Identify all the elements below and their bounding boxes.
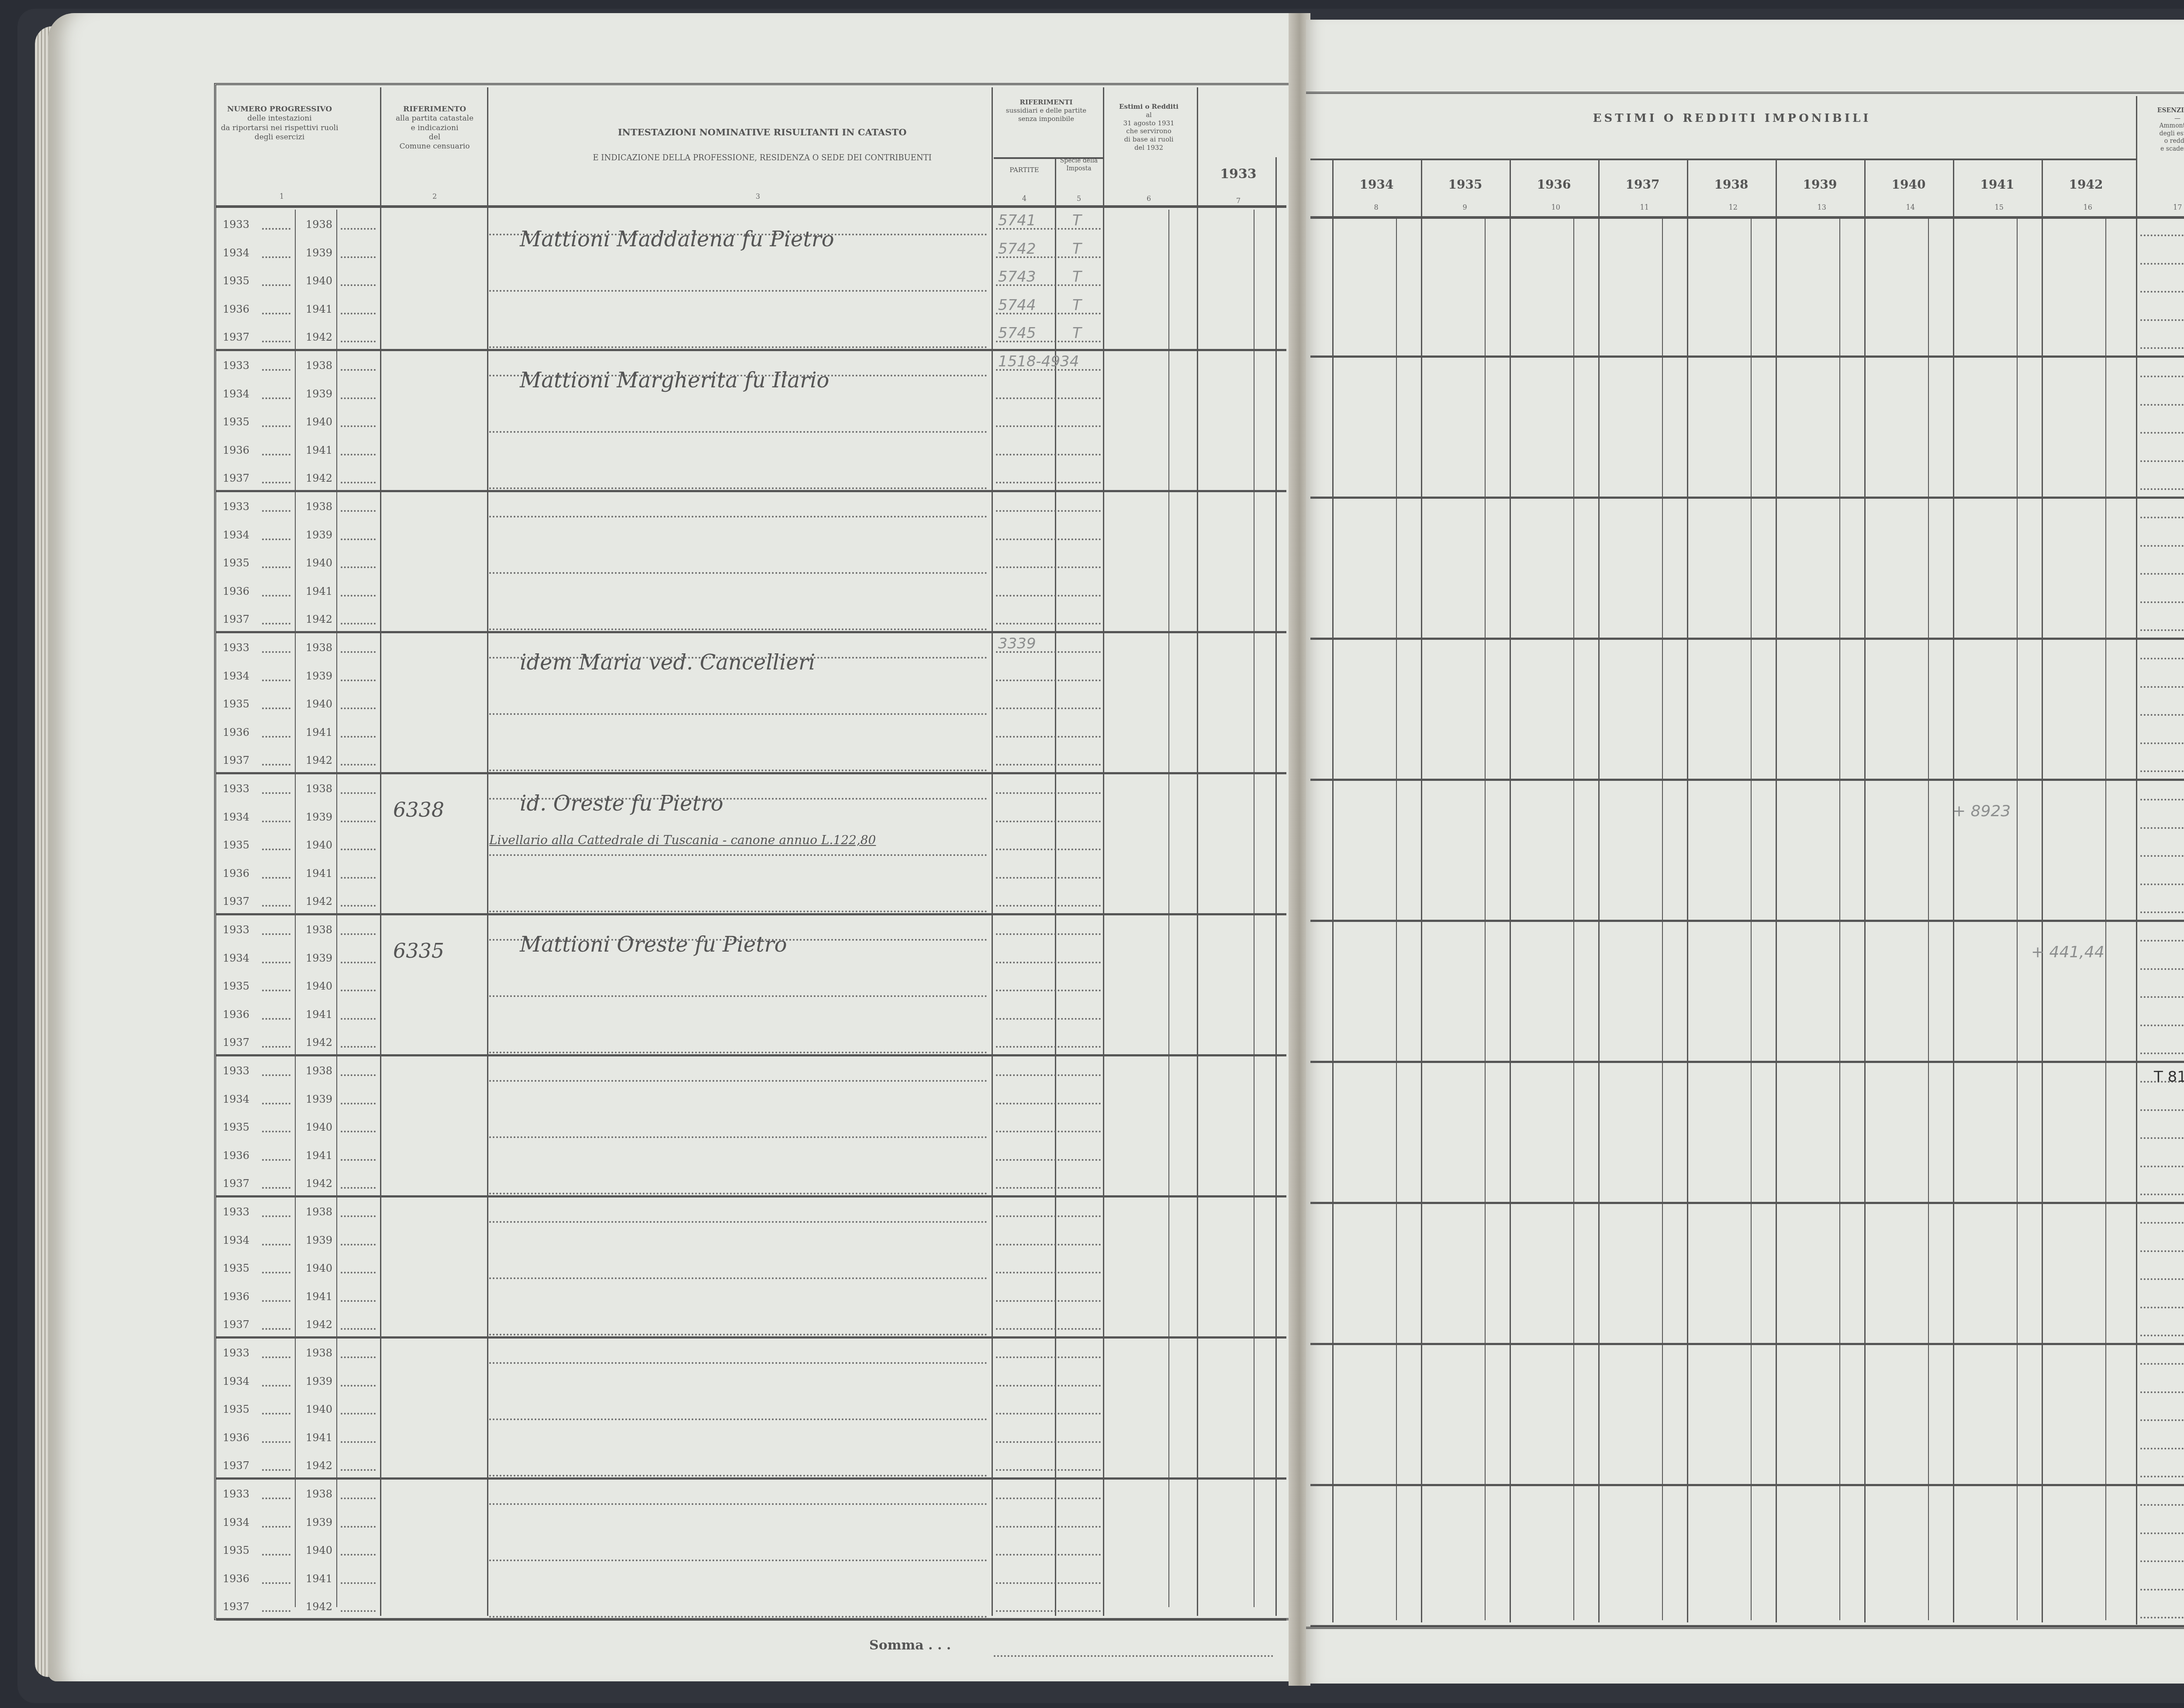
value-dots — [2140, 1476, 2184, 1477]
year-label: 1940 — [306, 1121, 332, 1133]
year-label: 1939 — [306, 388, 332, 400]
value-dots — [2140, 968, 2184, 970]
year-dots — [262, 256, 290, 258]
year-col-divider — [1776, 159, 1777, 1622]
partita-number: 5742 — [998, 240, 1036, 258]
value-dots — [2140, 1109, 2184, 1111]
year-dots — [341, 707, 376, 709]
year-col-divider — [1953, 159, 1954, 1622]
year-dots — [262, 821, 290, 822]
name-dots — [489, 713, 987, 715]
column-number-6: 6 — [1147, 194, 1151, 203]
name-dots — [489, 1052, 987, 1053]
name-dots — [489, 1136, 987, 1138]
specie-imposta: T — [1072, 212, 1082, 229]
year-label: 1935 — [223, 1121, 249, 1133]
partite-dots — [996, 482, 1101, 483]
year-col-subdivider — [1839, 218, 1840, 1620]
partite-dots — [996, 397, 1101, 399]
partite-dots — [996, 454, 1101, 455]
year-dots — [341, 1328, 376, 1330]
partita-number: 1518-4934 — [998, 353, 1079, 370]
header-col6-line: 31 agosto 1931 — [1105, 119, 1192, 128]
year-label: 1938 — [306, 642, 332, 654]
block-rule — [1310, 1625, 2184, 1627]
partite-dots — [996, 595, 1101, 597]
header-year-1933: 1933 — [1201, 166, 1275, 183]
year-dots — [341, 933, 376, 935]
col-subdivider — [336, 210, 337, 1607]
partite-dots — [996, 792, 1101, 794]
header-col45-line: senza imponibile — [994, 115, 1099, 123]
year-label: 1938 — [306, 218, 332, 231]
name-dots — [489, 346, 987, 348]
year-label: 1935 — [223, 1544, 249, 1556]
value-dots — [2140, 432, 2184, 434]
year-dots — [262, 538, 290, 540]
name-dots — [489, 1334, 987, 1335]
year-dots — [341, 736, 376, 738]
header-col6-line: del 1932 — [1105, 144, 1192, 152]
partite-dots — [996, 821, 1101, 822]
specie-imposta: T — [1072, 240, 1082, 258]
value-dots — [2140, 1250, 2184, 1252]
year-label: 1935 — [223, 1262, 249, 1274]
header-col2-line: alla partita catastale — [384, 114, 485, 123]
year-label: 1942 — [306, 1177, 332, 1190]
year-dots — [262, 595, 290, 597]
value-dots — [2140, 263, 2184, 265]
block-rule — [1310, 497, 2184, 499]
header-col45-line: sussidiari e delle partite — [994, 107, 1099, 115]
name-dots — [489, 769, 987, 771]
header-col1-line: degli esercizi — [218, 133, 341, 142]
header-col6-title: Estimi o Redditi — [1105, 103, 1192, 111]
header-year-1936: 1936 — [1510, 177, 1598, 192]
year-label: 1937 — [223, 472, 249, 484]
partite-dots — [996, 1215, 1101, 1217]
year-label: 1934 — [223, 1234, 249, 1246]
value-dots — [2140, 1617, 2184, 1618]
year-dots — [262, 1215, 290, 1217]
contributor-name: id. Oreste fu Pietro — [520, 791, 723, 816]
header-year-1939: 1939 — [1776, 177, 1864, 192]
year-label: 1936 — [223, 1149, 249, 1162]
partita-number: 3339 — [998, 635, 1036, 652]
value-dots — [2140, 235, 2184, 236]
year-dots — [341, 1385, 376, 1387]
value-dots — [2140, 1419, 2184, 1421]
year-dots — [262, 228, 290, 230]
header-col17-line: degli estimi — [2138, 130, 2184, 138]
value-dots — [2140, 1025, 2184, 1026]
year-label: 1934 — [223, 529, 249, 541]
column-number-13: 13 — [1818, 203, 1826, 211]
block-rule — [216, 631, 1286, 633]
name-dots — [489, 628, 987, 630]
year-label: 1938 — [306, 500, 332, 513]
header-esenzioni: ESENZIONI — Ammontare degli estimi o red… — [2138, 107, 2184, 153]
partite-dots — [996, 1413, 1101, 1415]
block-rule — [216, 913, 1286, 915]
column-number-5: 5 — [1077, 194, 1081, 203]
year-label: 1942 — [306, 1318, 332, 1331]
value-dots — [2140, 714, 2184, 716]
year-label: 1935 — [223, 416, 249, 428]
partite-dots — [996, 764, 1101, 766]
partite-dots — [996, 736, 1101, 738]
year-label: 1941 — [306, 444, 332, 456]
value-dots — [2140, 1391, 2184, 1393]
year-label: 1940 — [306, 275, 332, 287]
value-dots — [2140, 347, 2184, 349]
col-divider — [380, 87, 381, 1616]
year-dots — [262, 1046, 290, 1048]
value-dots — [2140, 1560, 2184, 1562]
year-label: 1937 — [223, 1460, 249, 1472]
value-dots — [2140, 940, 2184, 942]
year-dots — [341, 538, 376, 540]
year-dots — [262, 1582, 290, 1584]
value-dots — [2140, 460, 2184, 462]
year-dots — [341, 1131, 376, 1132]
year-dots — [262, 1187, 290, 1189]
year-label: 1938 — [306, 924, 332, 936]
year-col-divider — [1864, 159, 1866, 1622]
year-dots — [262, 1300, 290, 1302]
year-label: 1941 — [306, 1573, 332, 1585]
block-rule — [216, 1477, 1286, 1480]
year-dots — [341, 821, 376, 822]
year-label: 1937 — [223, 1318, 249, 1331]
year-label: 1940 — [306, 416, 332, 428]
block-rule — [216, 490, 1286, 492]
year-label: 1933 — [223, 783, 249, 795]
contributor-note: Livellario alla Cattedrale di Tuscania -… — [489, 833, 876, 847]
year-label: 1936 — [223, 303, 249, 315]
year-dots — [262, 1103, 290, 1104]
value-dots — [2140, 1448, 2184, 1449]
year-dots — [262, 1018, 290, 1020]
block-rule — [1310, 1061, 2184, 1063]
year-dots — [341, 764, 376, 766]
year-dots — [262, 877, 290, 879]
year-label: 1937 — [223, 754, 249, 766]
right-page: Mod. 111 - Imposte Dirette (Intercalare)… — [1306, 20, 2184, 1684]
partita-number: 5744 — [998, 297, 1036, 314]
year-label: 1938 — [306, 1065, 332, 1077]
partite-dots — [996, 1018, 1101, 1020]
year-dots — [262, 1610, 290, 1612]
partite-dots — [996, 933, 1101, 935]
partita-number: 5741 — [998, 212, 1036, 229]
year-label: 1933 — [223, 359, 249, 372]
value-dots — [2140, 1194, 2184, 1195]
year-label: 1935 — [223, 1403, 249, 1415]
left-table-frame — [214, 83, 1334, 1620]
year-dots — [341, 1441, 376, 1443]
year-label: 1942 — [306, 472, 332, 484]
year-col-divider — [1332, 159, 1334, 1622]
header-col1-line: delle intestazioni — [218, 114, 341, 123]
year-dots — [341, 1046, 376, 1048]
year-label: 1939 — [306, 1516, 332, 1529]
year-dots — [262, 1328, 290, 1330]
col-subdivider — [1168, 210, 1169, 1607]
name-dots — [489, 516, 987, 518]
value-dots — [2140, 404, 2184, 406]
value-dots — [2140, 488, 2184, 490]
year-dots — [341, 510, 376, 512]
year-label: 1940 — [306, 1262, 332, 1274]
header-year-1941: 1941 — [1953, 177, 2042, 192]
year-dots — [341, 849, 376, 850]
year-label: 1933 — [223, 218, 249, 231]
partita-number: 5743 — [998, 268, 1036, 286]
year-label: 1934 — [223, 1093, 249, 1105]
block-rule — [216, 1336, 1286, 1339]
header-col17-line: o redditi — [2138, 138, 2184, 145]
year-label: 1933 — [223, 500, 249, 513]
year-label: 1941 — [306, 726, 332, 738]
partite-dots — [996, 1356, 1101, 1358]
partite-dots — [996, 1103, 1101, 1104]
year-label: 1939 — [306, 1234, 332, 1246]
header-col17-title: ESENZIONI — [2138, 107, 2184, 115]
partite-dots — [996, 1300, 1101, 1302]
year-dots — [262, 369, 290, 371]
year-dots — [262, 313, 290, 314]
header-year-1937: 1937 — [1598, 177, 1687, 192]
estimi-group-title: ESTIMI O REDDITI IMPONIBILI — [1324, 111, 2140, 126]
year-dots — [341, 256, 376, 258]
year-label: 1941 — [306, 585, 332, 597]
somma-label: Somma . . . — [869, 1638, 951, 1653]
header-col6-line: al — [1105, 111, 1192, 119]
value-dots — [2140, 319, 2184, 321]
header-year-1938: 1938 — [1687, 177, 1776, 192]
year-label: 1937 — [223, 331, 249, 343]
year-dots — [341, 1215, 376, 1217]
year-label: 1938 — [306, 359, 332, 372]
partite-dots — [996, 510, 1101, 512]
year-col-subdivider — [1573, 218, 1574, 1620]
value-dots — [2140, 376, 2184, 377]
value-dots — [2140, 573, 2184, 575]
partite-dots — [996, 425, 1101, 427]
form-code: Mod. 111 - Imposte Dirette (Intercalare)… — [2158, 63, 2184, 72]
value-dots — [2140, 1166, 2184, 1167]
year-label: 1939 — [306, 670, 332, 682]
column-number-14: 14 — [1906, 203, 1915, 211]
partite-dots — [996, 1074, 1101, 1076]
value-dots — [2140, 517, 2184, 518]
name-dots — [489, 911, 987, 912]
year-label: 1940 — [306, 839, 332, 851]
col-divider — [1275, 157, 1277, 1616]
partite-dots — [996, 990, 1101, 991]
block-rule — [1310, 355, 2184, 358]
value-dots — [2140, 1052, 2184, 1054]
year-label: 1936 — [223, 1573, 249, 1585]
partite-dots — [996, 1554, 1101, 1556]
year-col-subdivider — [2105, 218, 2106, 1620]
column-number-4: 4 — [1022, 194, 1026, 203]
header-year-1940: 1940 — [1864, 177, 1953, 192]
year-dots — [341, 1498, 376, 1499]
block-rule — [1310, 920, 2184, 922]
header-col2-line: del — [384, 133, 485, 142]
year-dots — [341, 1103, 376, 1104]
block-rule — [1310, 638, 2184, 640]
year-dots — [262, 962, 290, 963]
header-col17-line: e scadenze — [2138, 145, 2184, 153]
name-dots — [489, 854, 987, 856]
year-label: 1933 — [223, 1347, 249, 1359]
year-dots — [262, 1498, 290, 1499]
year-dots — [262, 905, 290, 907]
year-dots — [341, 1159, 376, 1161]
header-col1-title: NUMERO PROGRESSIVO — [218, 105, 341, 114]
year-label: 1940 — [306, 1403, 332, 1415]
riferimento-number: 6338 — [393, 798, 444, 821]
year-dots — [341, 1074, 376, 1076]
year-label: 1941 — [306, 1290, 332, 1303]
year-dots — [262, 1554, 290, 1556]
year-dots — [262, 1356, 290, 1358]
header-intestazioni: INTESTAZIONI NOMINATIVE RISULTANTI IN CA… — [489, 127, 1035, 163]
year-dots — [262, 849, 290, 850]
contributor-name: idem Maria ved. Cancellieri — [520, 650, 815, 675]
name-dots — [489, 1616, 987, 1618]
value-dots — [2140, 1532, 2184, 1534]
year-label: 1936 — [223, 585, 249, 597]
year-dots — [262, 1272, 290, 1273]
name-dots — [489, 572, 987, 574]
year-label: 1936 — [223, 867, 249, 880]
year-label: 1941 — [306, 303, 332, 315]
year-dots — [262, 1413, 290, 1415]
year-label: 1939 — [306, 529, 332, 541]
col-divider — [992, 87, 993, 1616]
header-estimi-1931: Estimi o Redditi al 31 agosto 1931 che s… — [1105, 103, 1192, 152]
year-dots — [341, 962, 376, 963]
year-label: 1933 — [223, 1488, 249, 1500]
year-dots — [262, 736, 290, 738]
year-dots — [262, 1469, 290, 1471]
col-divider — [1197, 87, 1198, 1616]
year-dots — [341, 1187, 376, 1189]
year-dots — [341, 623, 376, 625]
col-divider — [487, 87, 488, 1616]
partite-dots — [996, 877, 1101, 879]
year-label: 1934 — [223, 1516, 249, 1529]
year-label: 1934 — [223, 670, 249, 682]
year-dots — [262, 454, 290, 455]
year-label: 1940 — [306, 1544, 332, 1556]
header-col45-title: RIFERIMENTI — [994, 98, 1099, 107]
year-label: 1934 — [223, 388, 249, 400]
year-label: 1934 — [223, 811, 249, 823]
col-divider — [1103, 87, 1104, 1616]
year-dots — [262, 680, 290, 681]
year-dots — [262, 1074, 290, 1076]
header-specie-imposta: Specie della Imposta — [1057, 157, 1101, 173]
col-subdivider — [1254, 210, 1254, 1607]
year-dots — [262, 1131, 290, 1132]
column-number-9: 9 — [1463, 203, 1467, 211]
header-bottom-rule — [216, 205, 1286, 208]
value-dots — [2140, 1363, 2184, 1365]
header-riferimenti-sussidiari: RIFERIMENTI sussidiari e delle partite s… — [994, 98, 1099, 123]
name-dots — [489, 487, 987, 489]
year-dots — [341, 1413, 376, 1415]
header-col17-line: Ammontare — [2138, 122, 2184, 130]
pencil-value: + 441,44 — [2031, 943, 2105, 961]
year-dots — [341, 651, 376, 653]
value-dots — [2140, 855, 2184, 857]
year-label: 1939 — [306, 1375, 332, 1387]
year-dots — [262, 707, 290, 709]
block-rule — [1310, 1484, 2184, 1486]
year-col-divider — [2042, 159, 2043, 1622]
header-col2-line: e indicazioni — [384, 124, 485, 133]
year-label: 1942 — [306, 331, 332, 343]
right-table-frame — [1306, 92, 2184, 1629]
year-label: 1942 — [306, 1460, 332, 1472]
partite-dots — [996, 1187, 1101, 1189]
col-subdivider — [295, 210, 296, 1607]
partite-dots — [996, 849, 1101, 850]
value-dots — [2140, 1504, 2184, 1506]
year-label: 1941 — [306, 867, 332, 880]
name-dots — [489, 431, 987, 433]
header-col2-title: RIFERIMENTO — [384, 105, 485, 114]
year-label: 1942 — [306, 1036, 332, 1049]
year-label: 1937 — [223, 1601, 249, 1613]
value-dots — [2140, 658, 2184, 659]
partite-dots — [996, 1328, 1101, 1330]
year-col-divider — [1510, 159, 1511, 1622]
partite-dots — [996, 1610, 1101, 1612]
name-dots — [489, 1475, 987, 1477]
year-dots — [341, 680, 376, 681]
year-col-subdivider — [2017, 218, 2018, 1620]
year-dots — [262, 1159, 290, 1161]
year-dots — [262, 933, 290, 935]
block-rule — [216, 1618, 1286, 1621]
partite-dots — [996, 1272, 1101, 1273]
header-col6-line: di base ai ruoli — [1105, 135, 1192, 144]
year-dots — [341, 905, 376, 907]
year-label: 1939 — [306, 811, 332, 823]
col-divider — [2136, 96, 2137, 1625]
year-dots — [341, 397, 376, 399]
year-col-subdivider — [1485, 218, 1486, 1620]
header-col1-line: da riportarsi nei rispettivi ruoli — [218, 124, 341, 133]
value-dots — [2140, 1278, 2184, 1280]
block-rule — [216, 772, 1286, 774]
column-number-17: 17 — [2173, 203, 2182, 211]
year-label: 1939 — [306, 952, 332, 964]
year-label: 1941 — [306, 1149, 332, 1162]
block-rule — [216, 1054, 1286, 1056]
year-dots — [341, 566, 376, 568]
block-rule — [216, 1195, 1286, 1197]
header-year-1934: 1934 — [1332, 177, 1421, 192]
year-dots — [262, 1526, 290, 1528]
year-dots — [341, 1018, 376, 1020]
